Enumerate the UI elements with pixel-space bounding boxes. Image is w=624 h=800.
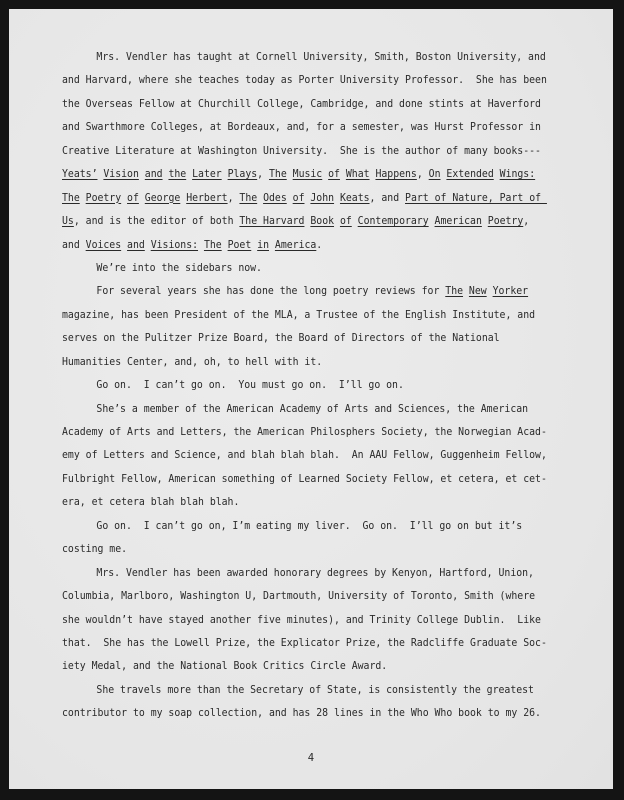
text-run: and Harvard, where she teaches today as … (62, 74, 547, 86)
text-run: Mrs. Vendler has been awarded honorary d… (96, 567, 534, 579)
underlined-title-text: Yorker (493, 285, 528, 297)
paragraph: Mrs. Vendler has been awarded honorary d… (62, 562, 527, 679)
text-run: , (417, 168, 429, 180)
underlined-title-text: of (328, 168, 340, 180)
text-line: emy of Letters and Science, and blah bla… (62, 444, 527, 467)
text-run: Academy of Arts and Letters, the America… (62, 426, 547, 438)
text-line: Go on. I can’t go on. You must go on. I’… (62, 374, 527, 397)
underlined-title-text: and (127, 239, 145, 251)
underlined-title-text: of (293, 192, 305, 204)
text-line: the Overseas Fellow at Churchill College… (62, 93, 527, 116)
underlined-title-text: Us (62, 215, 74, 227)
text-line: Go on. I can’t go on, I’m eating my live… (62, 515, 527, 538)
document-page: Mrs. Vendler has taught at Cornell Unive… (9, 9, 613, 789)
text-run: We’re into the sidebars now. (96, 262, 262, 274)
underlined-title-text: On (429, 168, 441, 180)
text-run: magazine, has been President of the MLA,… (62, 309, 535, 321)
text-run: , (257, 168, 269, 180)
paragraph: Go on. I can’t go on. You must go on. I’… (62, 374, 527, 397)
underlined-title-text: Keats (340, 192, 370, 204)
text-line: and Swarthmore Colleges, at Bordeaux, an… (62, 116, 527, 139)
paragraph: We’re into the sidebars now. (62, 257, 527, 280)
underlined-title-text: The Harvard (239, 215, 304, 227)
text-run: Mrs. Vendler has taught at Cornell Unive… (96, 51, 545, 63)
text-run: Humanities Center, and, oh, to hell with… (62, 356, 322, 368)
text-line: For several years she has done the long … (62, 280, 527, 303)
underlined-title-text: of (340, 215, 352, 227)
page-number: 4 (9, 752, 613, 764)
text-line: Mrs. Vendler has taught at Cornell Unive… (62, 46, 527, 69)
text-run: contributor to my soap collection, and h… (62, 707, 541, 719)
underlined-title-text: Voices (86, 239, 121, 251)
paragraph: Go on. I can’t go on, I’m eating my live… (62, 515, 527, 562)
underlined-title-text: Poetry (86, 192, 121, 204)
underlined-title-text: Part of Nature, Part of (405, 192, 547, 204)
paragraph: She travels more than the Secretary of S… (62, 679, 527, 726)
underlined-title-text: Extended (446, 168, 493, 180)
text-line: Yeats’ Vision and the Later Plays, The M… (62, 163, 527, 186)
underlined-title-text: Later (192, 168, 222, 180)
underlined-title-text: The (239, 192, 257, 204)
underlined-title-text: Wings: (500, 168, 535, 180)
text-run: , (228, 192, 240, 204)
underlined-title-text: Happens (375, 168, 416, 180)
text-run: iety Medal, and the National Book Critic… (62, 660, 387, 672)
underlined-title-text: Music (293, 168, 323, 180)
underlined-title-text: The (204, 239, 222, 251)
paragraph: For several years she has done the long … (62, 280, 527, 374)
underlined-title-text: What (346, 168, 370, 180)
text-run: emy of Letters and Science, and blah bla… (62, 449, 547, 461)
text-line: costing me. (62, 538, 527, 561)
text-line: We’re into the sidebars now. (62, 257, 527, 280)
underlined-title-text: Poet (228, 239, 252, 251)
text-run: Creative Literature at Washington Univer… (62, 145, 541, 157)
paragraph: Mrs. Vendler has taught at Cornell Unive… (62, 46, 527, 257)
text-line: Fulbright Fellow, American something of … (62, 468, 527, 491)
underlined-title-text: Odes (263, 192, 287, 204)
text-line: She’s a member of the American Academy o… (62, 398, 527, 421)
text-line: and Voices and Visions: The Poet in Amer… (62, 234, 527, 257)
underlined-title-text: the (168, 168, 186, 180)
underlined-title-text: of (127, 192, 139, 204)
underlined-title-text: Poetry (488, 215, 523, 227)
text-run: that. She has the Lowell Prize, the Expl… (62, 637, 547, 649)
text-run: and Swarthmore Colleges, at Bordeaux, an… (62, 121, 541, 133)
text-run: Go on. I can’t go on, I’m eating my live… (96, 520, 522, 532)
text-line: magazine, has been President of the MLA,… (62, 304, 527, 327)
underlined-title-text: America (275, 239, 316, 251)
text-line: that. She has the Lowell Prize, the Expl… (62, 632, 527, 655)
underlined-title-text: The (62, 192, 80, 204)
text-run: costing me. (62, 543, 127, 555)
underlined-title-text: and (145, 168, 163, 180)
text-line: contributor to my soap collection, and h… (62, 702, 527, 725)
text-line: The Poetry of George Herbert, The Odes o… (62, 187, 527, 210)
underlined-title-text: George (145, 192, 180, 204)
text-run: She travels more than the Secretary of S… (96, 684, 534, 696)
text-run: serves on the Pulitzer Prize Board, the … (62, 332, 500, 344)
underlined-title-text: Book (310, 215, 334, 227)
text-line: iety Medal, and the National Book Critic… (62, 655, 527, 678)
underlined-title-text: John (310, 192, 334, 204)
text-run: , and (370, 192, 405, 204)
underlined-title-text: Herbert (186, 192, 227, 204)
text-line: She travels more than the Secretary of S… (62, 679, 527, 702)
underlined-title-text: The (269, 168, 287, 180)
underlined-title-text: Yeats’ (62, 168, 97, 180)
text-line: Us, and is the editor of both The Harvar… (62, 210, 527, 233)
text-run: era, et cetera blah blah blah. (62, 496, 239, 508)
text-line: era, et cetera blah blah blah. (62, 491, 527, 514)
text-run: , and is the editor of both (74, 215, 240, 227)
underlined-title-text: Visions: (151, 239, 198, 251)
underlined-title-text: American (435, 215, 482, 227)
underlined-title-text: New (469, 285, 487, 297)
underlined-title-text: Contemporary (358, 215, 429, 227)
paragraph: She’s a member of the American Academy o… (62, 398, 527, 515)
underlined-title-text: The (445, 285, 463, 297)
text-run: Go on. I can’t go on. You must go on. I’… (96, 379, 403, 391)
text-line: Mrs. Vendler has been awarded honorary d… (62, 562, 527, 585)
text-run: Fulbright Fellow, American something of … (62, 473, 547, 485)
text-run: Columbia, Marlboro, Washington U, Dartmo… (62, 590, 535, 602)
text-line: Academy of Arts and Letters, the America… (62, 421, 527, 444)
text-line: Columbia, Marlboro, Washington U, Dartmo… (62, 585, 527, 608)
text-line: serves on the Pulitzer Prize Board, the … (62, 327, 527, 350)
text-run: and (62, 239, 86, 251)
underlined-title-text: Plays (228, 168, 258, 180)
text-line: Creative Literature at Washington Univer… (62, 140, 527, 163)
text-run: . (316, 239, 322, 251)
text-run: , (523, 215, 529, 227)
text-line: she wouldn’t have stayed another five mi… (62, 609, 527, 632)
document-body: Mrs. Vendler has taught at Cornell Unive… (62, 46, 527, 726)
text-run: For several years she has done the long … (96, 285, 445, 297)
text-run: the Overseas Fellow at Churchill College… (62, 98, 541, 110)
underlined-title-text: Vision (103, 168, 138, 180)
text-run: She’s a member of the American Academy o… (96, 403, 528, 415)
text-run: she wouldn’t have stayed another five mi… (62, 614, 541, 626)
text-line: Humanities Center, and, oh, to hell with… (62, 351, 527, 374)
text-line: and Harvard, where she teaches today as … (62, 69, 527, 92)
underlined-title-text: in (257, 239, 269, 251)
